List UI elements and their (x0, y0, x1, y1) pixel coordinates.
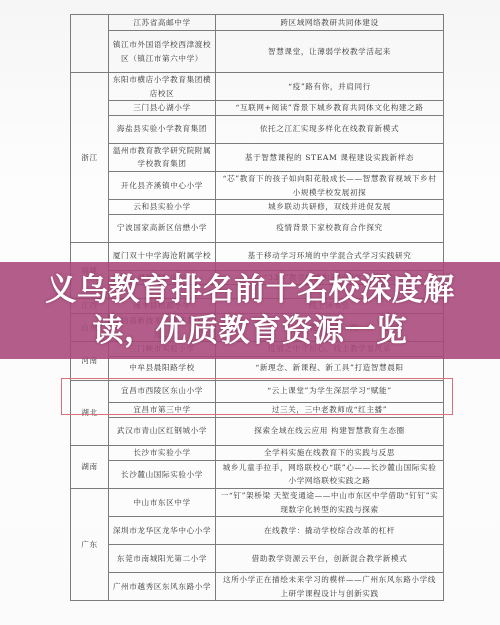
topic-cell: 基于智慧课程的 STEAM 课程建设实践新样态 (216, 143, 444, 171)
school-cell: 开化县齐溪镇中心小学 (109, 171, 216, 199)
table-row: 中牟县晨阳路学校 “新理念、新课程、新工具”打造智慧晨阳 (71, 356, 444, 380)
school-cell: 宜昌市西陵区东山小学 (109, 380, 216, 402)
school-cell: 深圳市龙华区龙华中心小学 (109, 517, 216, 545)
table-row: 东莞市南城阳光第二小学 借助教学资源云平台，创新混合教学新模式 (71, 545, 444, 573)
school-cell: 中牟县晨阳路学校 (109, 356, 216, 380)
topic-cell: “互联网+阅读”背景下城乡教育共同体文化构建之路 (216, 101, 444, 116)
school-cell: 江苏省高邮中学 (109, 15, 216, 31)
region-cell: 湖北 (71, 380, 109, 445)
topic-cell: “芯”教育下的孩子如向阳花般成长——智慧教育视域下乡村小规模学校发展初探 (216, 171, 444, 199)
school-cell: 镇江市外国语学校西津渡校区（镇江市第六中学） (109, 31, 216, 73)
topic-cell: “云上课堂”为学生深层学习“赋能” (216, 380, 444, 402)
table-row: 深圳市龙华区龙华中心小学 在线教学：撬动学校综合改革的杠杆 (71, 517, 444, 545)
school-cell: 三门县心湖小学 (109, 101, 216, 116)
school-cell: 长沙麓山国际实验小学 (109, 460, 216, 488)
table-row: 宁波国家高新区信懋小学 疫情背景下家校教育合作探究 (71, 214, 444, 242)
table-row: 武汉市青山区红钢城小学 探索全域在线云应用 构建智慧教育生态圈 (71, 417, 444, 445)
topic-cell: 疫情背景下家校教育合作探究 (216, 214, 444, 242)
topic-cell: 一“钉”架桥梁 天堑变通途——中山市东区中学借助“钉钉”实现数字化转型的实践与探… (216, 488, 444, 516)
region-cell: 湖南 (71, 445, 109, 488)
topic-cell: 借助教学资源云平台，创新混合教学新模式 (216, 545, 444, 573)
table-row: 长沙麓山国际实验小学 城乡儿童手拉手，网络联校心“联”心——长沙麓山国际实验小学… (71, 460, 444, 488)
topic-cell: 探索全域在线云应用 构建智慧教育生态圈 (216, 417, 444, 445)
topic-cell: 跨区域网络教研共同体建设 (216, 15, 444, 31)
table-row: 海盐县实验小学教育集团 依托之江汇实现多样化在线教育新模式 (71, 115, 444, 143)
school-cell: 武汉市青山区红钢城小学 (109, 417, 216, 445)
table-row: 云和县实验小学 城乡联动共研修，双线并进促发展 (71, 200, 444, 215)
school-cell: 宁波国家高新区信懋小学 (109, 214, 216, 242)
school-cell: 东阳市横店小学教育集团横店校区 (109, 73, 216, 101)
table-row: 广州市越秀区东风东路小学 这所小学正在描绘未来学习的模样——广州东风东路小学线上… (71, 573, 444, 601)
banner-title-line-2: 读，优质教育资源一览 (0, 311, 500, 352)
topic-cell: 城乡联动共研修，双线并进促发展 (216, 200, 444, 215)
topic-cell: 智慧课堂，让薄弱学校教学活起来 (216, 31, 444, 73)
region-cell (71, 15, 109, 73)
school-cell: 宜昌市第三中学 (109, 402, 216, 417)
banner-title-line-1: 义乌教育排名前十名校深度解 (0, 270, 500, 311)
school-cell: 长沙市实验小学 (109, 445, 216, 460)
table-row: 湖北 宜昌市西陵区东山小学 “云上课堂”为学生深层学习“赋能” (71, 380, 444, 402)
table-row: 宜昌市第三中学 过三关，三中老教师成“红主播” (71, 402, 444, 417)
topic-cell: 这所小学正在描绘未来学习的模样——广州东风东路小学线上研学课程设计与创新实践 (216, 573, 444, 601)
table-row: 广东 中山市东区中学 一“钉”架桥梁 天堑变通途——中山市东区中学借助“钉钉”实… (71, 488, 444, 516)
school-cell: 东莞市南城阳光第二小学 (109, 545, 216, 573)
topic-cell: 在线教学：撬动学校综合改革的杠杆 (216, 517, 444, 545)
table-row: 江苏省高邮中学 跨区域网络教研共同体建设 (71, 15, 444, 31)
school-cell: 广州市越秀区东风东路小学 (109, 573, 216, 601)
table-row: 湖南 长沙市实验小学 全学科实施在线教育下的实践与反思 (71, 445, 444, 460)
table-row: 三门县心湖小学 “互联网+阅读”背景下城乡教育共同体文化构建之路 (71, 101, 444, 116)
table-row: 温州市教育教学研究院附属学校教育集团 基于智慧课程的 STEAM 课程建设实践新… (71, 143, 444, 171)
table-row: 开化县齐溪镇中心小学 “芯”教育下的孩子如向阳花般成长——智慧教育视域下乡村小规… (71, 171, 444, 199)
school-cell: 海盐县实验小学教育集团 (109, 115, 216, 143)
banner-title: 义乌教育排名前十名校深度解 读，优质教育资源一览 (0, 270, 500, 352)
region-cell: 浙江 (71, 73, 109, 243)
school-cell: 温州市教育教学研究院附属学校教育集团 (109, 143, 216, 171)
topic-cell: “疫”路有你，并肩同行 (216, 73, 444, 101)
table-row: 镇江市外国语学校西津渡校区（镇江市第六中学） 智慧课堂，让薄弱学校教学活起来 (71, 31, 444, 73)
topic-cell: 过三关，三中老教师成“红主播” (216, 402, 444, 417)
school-cell: 云和县实验小学 (109, 200, 216, 215)
topic-cell: 依托之江汇实现多样化在线教育新模式 (216, 115, 444, 143)
topic-cell: “新理念、新课程、新工具”打造智慧晨阳 (216, 356, 444, 380)
school-cell: 中山市东区中学 (109, 488, 216, 516)
table-row: 浙江 东阳市横店小学教育集团横店校区 “疫”路有你，并肩同行 (71, 73, 444, 101)
topic-cell: 城乡儿童手拉手，网络联校心“联”心——长沙麓山国际实验小学网络联校实践之路 (216, 460, 444, 488)
topic-cell: 全学科实施在线教育下的实践与反思 (216, 445, 444, 460)
region-cell: 广东 (71, 488, 109, 600)
